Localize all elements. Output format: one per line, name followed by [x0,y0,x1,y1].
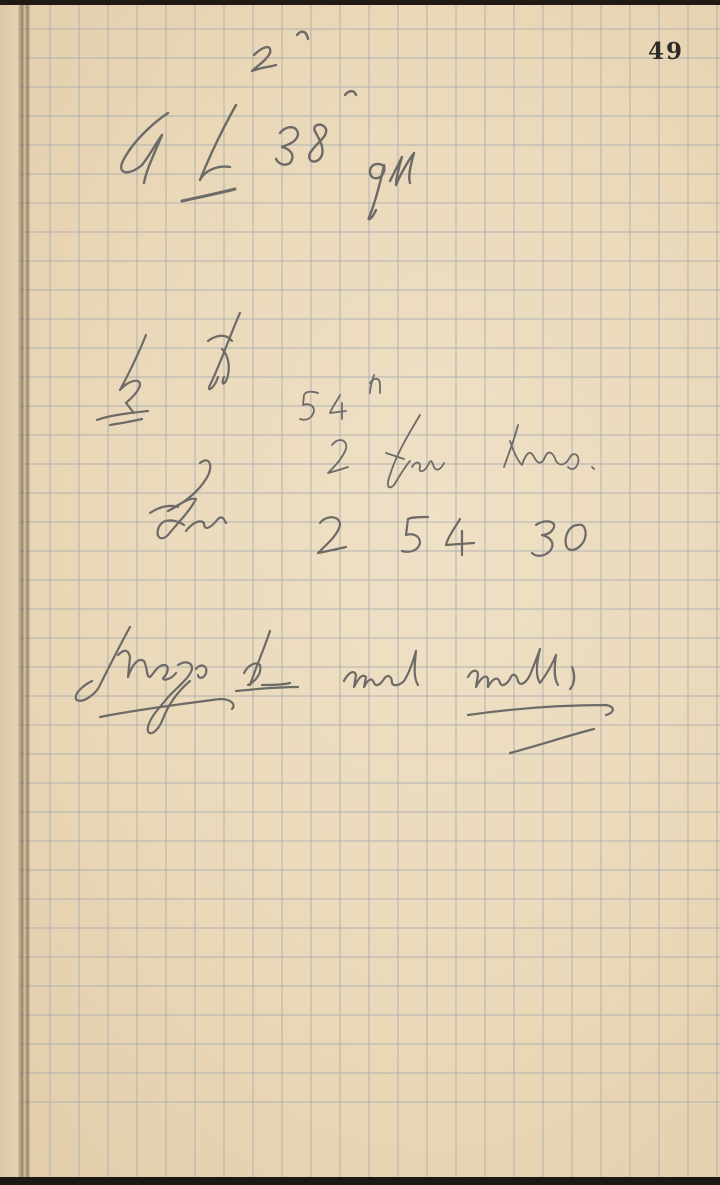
handwriting-line-2 [97,313,240,425]
page-bottom-edge [0,1177,720,1185]
handwriting-line-1 [121,32,414,220]
handwriting-line-3 [300,375,380,420]
handwriting-line-6 [76,627,613,753]
pencil-handwriting [0,5,720,1177]
handwriting-line-5 [150,460,586,555]
notebook-page: 49 [0,5,720,1177]
handwriting-line-4 [328,415,594,487]
